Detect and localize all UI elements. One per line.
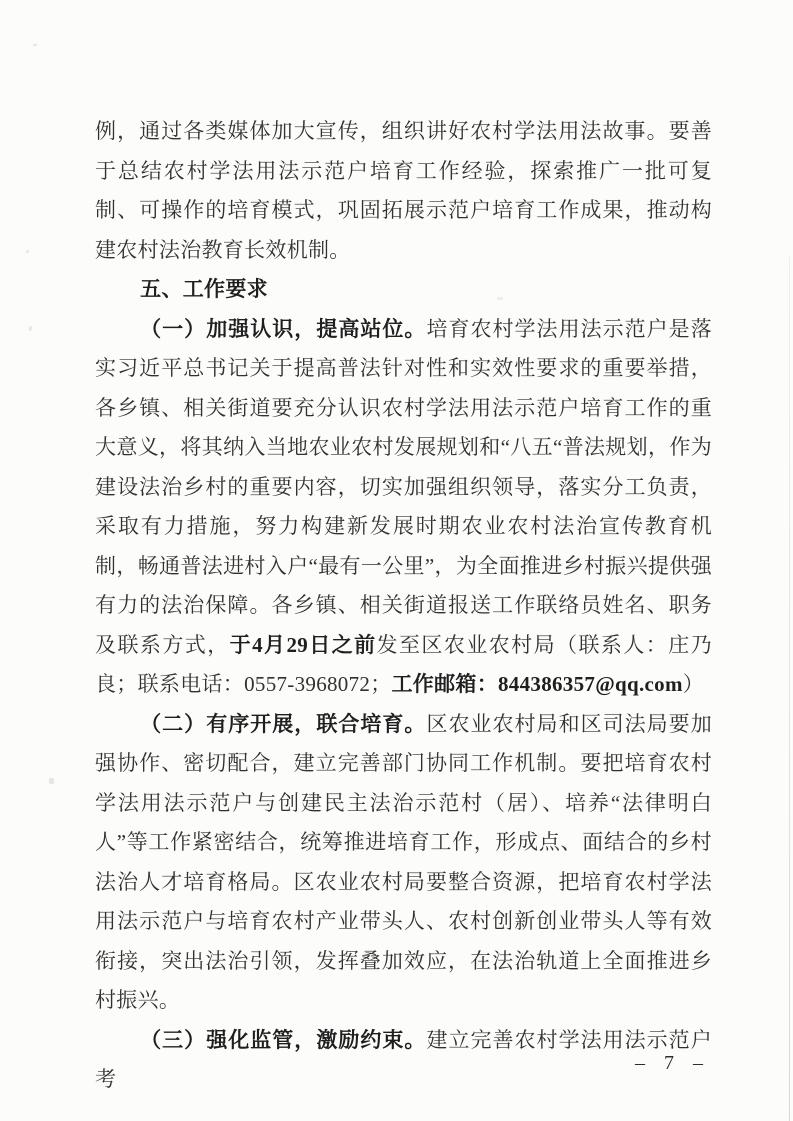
bold-text-run: （一）加强认识，提高站位。 <box>140 317 426 341</box>
scan-speck-artifact <box>33 44 37 46</box>
paragraph-item-3: （三）强化监管，激励约束。建立完善农村学法用法示范户考 <box>95 1021 712 1100</box>
text-run: 区农业农村局和区司法局要加强协作、密切配合，建立完善部门协同工作机制。要把培育农… <box>95 712 712 1013</box>
scan-edge-artifact <box>789 255 790 1121</box>
scanned-document-page: 例，通过各类媒体加大宣传，组织讲好农村学法用法故事。要善于总结农村学法用法示范户… <box>0 0 793 1121</box>
continuation-paragraph: 例，通过各类媒体加大宣传，组织讲好农村学法用法故事。要善于总结农村学法用法示范户… <box>95 112 712 270</box>
paragraph-item-2: （二）有序开展，联合培育。区农业农村局和区司法局要加强协作、密切配合，建立完善部… <box>95 705 712 1021</box>
text-run: 例，通过各类媒体加大宣传，组织讲好农村学法用法故事。要善于总结农村学法用法示范户… <box>95 119 712 262</box>
bold-text-run: （三）强化监管，激励约束。 <box>140 1028 426 1052</box>
document-body: 例，通过各类媒体加大宣传，组织讲好农村学法用法故事。要善于总结农村学法用法示范户… <box>95 112 712 1100</box>
bold-text-run: （二）有序开展，联合培育。 <box>140 712 426 736</box>
section-heading-work-requirements: 五、工作要求 <box>95 270 712 310</box>
paragraph-item-1: （一）加强认识，提高站位。培育农村学法用法示范户是落实习近平总书记关于提高普法针… <box>95 310 712 705</box>
page-number: – 7 – <box>635 1052 705 1075</box>
bold-text-run: 五、工作要求 <box>140 278 268 301</box>
bold-text-run: 于4月29日之前 <box>230 633 377 657</box>
text-run: 培育农村学法用法示范户是落实习近平总书记关于提高普法针对性和实效性要求的重要举措… <box>95 317 712 657</box>
scan-speck-artifact <box>28 326 33 332</box>
bold-text-run: 工作邮箱：844386357@qq.com <box>392 672 683 696</box>
scan-speck-artifact <box>49 778 54 784</box>
text-run: ） <box>683 672 704 696</box>
scan-speck-artifact <box>26 250 29 253</box>
